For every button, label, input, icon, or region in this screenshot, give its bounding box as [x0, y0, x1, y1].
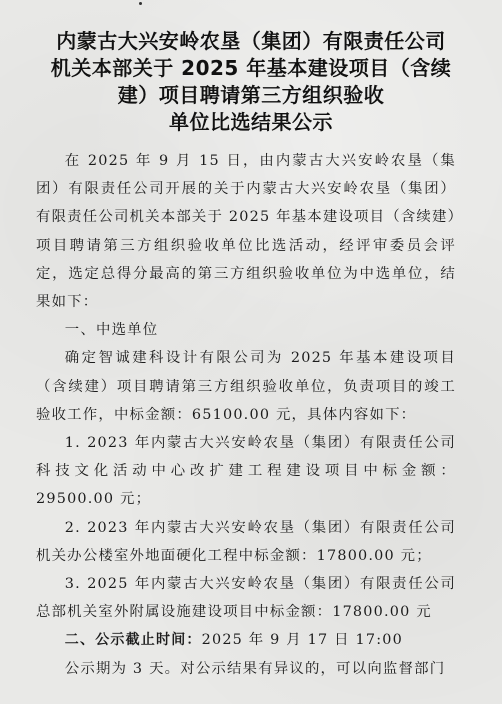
- title-line-2: 机关本部关于 2025 年基本建设项目（含续: [0, 55, 502, 82]
- section-2-label: 二、公示截止时间：: [65, 632, 202, 648]
- item-1: 1. 2023 年内蒙古大兴安岭农垦（集团）有限责任公司科技文化活动中心改扩建工…: [36, 429, 456, 514]
- item-3: 3. 2025 年内蒙古大兴安岭农垦（集团）有限责任公司总部机关室外附属设施建设…: [36, 570, 456, 626]
- section-1-heading: 一、中选单位: [36, 316, 456, 344]
- document-page: 内蒙古大兴安岭农垦（集团）有限责任公司 机关本部关于 2025 年基本建设项目（…: [0, 0, 502, 704]
- section-2-paragraph: 公示期为 3 天。对公示结果有异议的，可以向监督部门: [36, 655, 456, 683]
- section-1-paragraph: 确定智诚建科设计有限公司为 2025 年基本建设项目（含续建）项目聘请第三方组织…: [36, 344, 456, 429]
- title-line-4: 单位比选结果公示: [0, 109, 502, 136]
- title-line-1: 内蒙古大兴安岭农垦（集团）有限责任公司: [0, 28, 502, 55]
- scan-speck: [139, 2, 142, 5]
- deadline-value: 2025 年 9 月 17 日 17:00: [202, 632, 403, 648]
- section-2-heading: 二、公示截止时间：2025 年 9 月 17 日 17:00: [36, 626, 456, 654]
- intro-paragraph: 在 2025 年 9 月 15 日，由内蒙古大兴安岭农垦（集团）有限责任公司开展…: [36, 147, 456, 316]
- item-2: 2. 2023 年内蒙古大兴安岭农垦（集团）有限责任公司机关办公楼室外地面硬化工…: [36, 514, 456, 570]
- document-title: 内蒙古大兴安岭农垦（集团）有限责任公司 机关本部关于 2025 年基本建设项目（…: [0, 28, 502, 136]
- title-line-3: 建）项目聘请第三方组织验收: [0, 82, 502, 109]
- document-body: 在 2025 年 9 月 15 日，由内蒙古大兴安岭农垦（集团）有限责任公司开展…: [36, 147, 456, 683]
